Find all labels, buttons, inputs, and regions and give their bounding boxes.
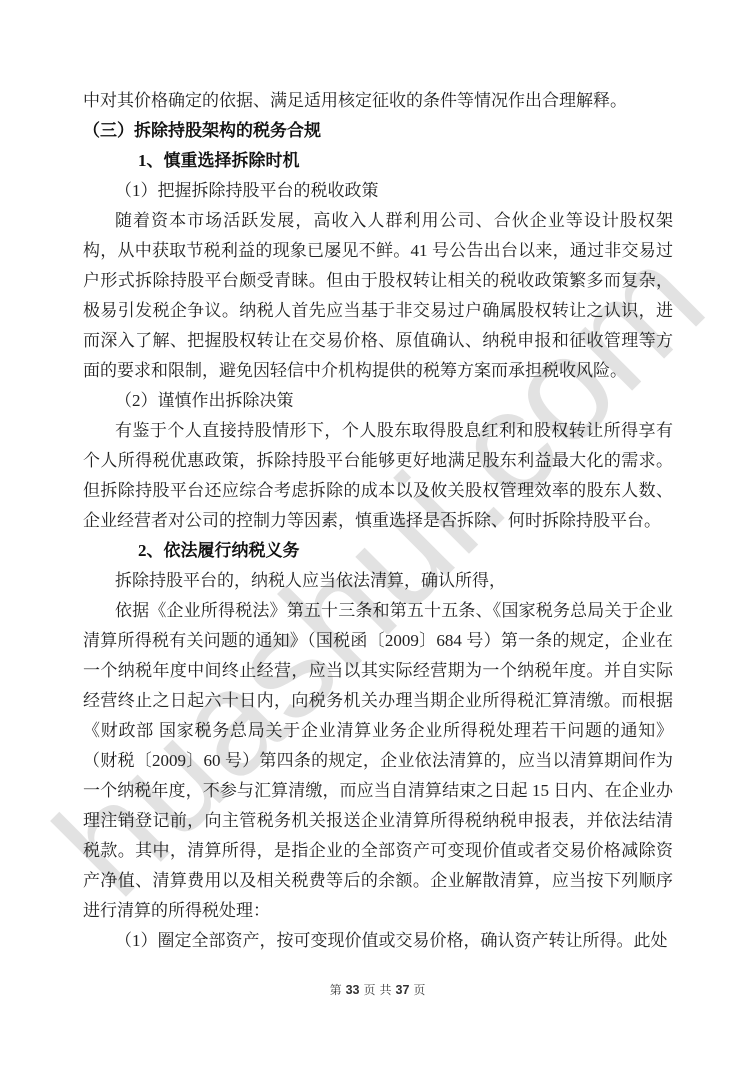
body-paragraph: （1）圈定全部资产，按可变现价值或交易价格，确认资产转让所得。此处 xyxy=(83,926,673,956)
subsection-heading: 2、依法履行纳税义务 xyxy=(83,536,673,566)
footer-suffix: 页 xyxy=(413,983,425,997)
section-heading: （三）拆除持股架构的税务合规 xyxy=(83,116,673,146)
page-footer: 第33页共37页 xyxy=(0,981,755,999)
footer-middle-1: 页 xyxy=(363,983,375,997)
page-number-total: 37 xyxy=(396,983,410,997)
document-page: huashui.com 中对其价格确定的依据、满足适用核定征收的条件等情况作出合… xyxy=(0,0,755,1067)
footer-middle-2: 共 xyxy=(380,983,392,997)
footer-prefix: 第 xyxy=(330,983,342,997)
body-paragraph: 随着资本市场活跃发展，高收入人群利用公司、合伙企业等设计股权架构，从中获取节税利… xyxy=(83,206,673,386)
subsection-heading: 1、慎重选择拆除时机 xyxy=(83,146,673,176)
body-paragraph: 依据《企业所得税法》第五十三条和第五十五条、《国家税务总局关于企业清算所得税有关… xyxy=(83,596,673,926)
body-paragraph: 有鉴于个人直接持股情形下，个人股东取得股息红利和股权转让所得享有个人所得税优惠政… xyxy=(83,416,673,536)
numbered-subheading: （1）把握拆除持股平台的税收政策 xyxy=(83,176,673,206)
document-body: 中对其价格确定的依据、满足适用核定征收的条件等情况作出合理解释。（三）拆除持股架… xyxy=(83,86,673,956)
page-number-current: 33 xyxy=(346,983,360,997)
body-paragraph: 中对其价格确定的依据、满足适用核定征收的条件等情况作出合理解释。 xyxy=(83,86,673,116)
numbered-subheading: （2）谨慎作出拆除决策 xyxy=(83,386,673,416)
body-paragraph: 拆除持股平台的，纳税人应当依法清算，确认所得， xyxy=(83,566,673,596)
